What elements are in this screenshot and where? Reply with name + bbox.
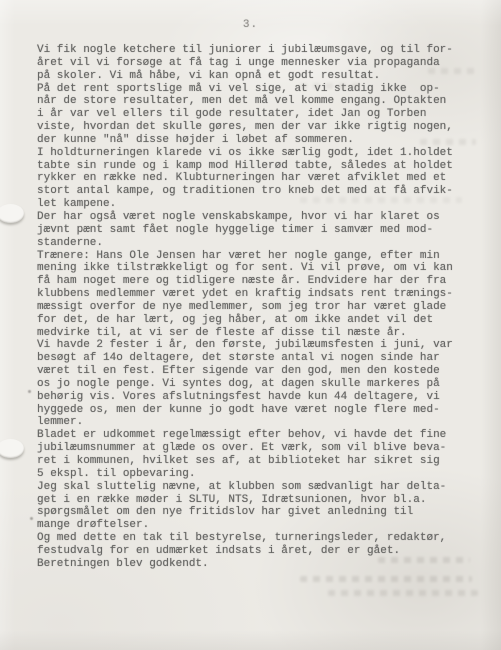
text-line: standerne. — [37, 237, 487, 250]
text-line: festudvalg for en udmærket indsats i åre… — [37, 545, 487, 558]
text-line: i år var vel ellers til gode resultater,… — [37, 108, 487, 121]
text-line: været til en fest. Efter sigende var den… — [37, 365, 487, 378]
text-line: besøgt af 14o deltagere, det største ant… — [37, 352, 487, 365]
text-line: lemmer. — [37, 416, 487, 429]
text-line: på skoler. Vi må håbe, vi kan opnå et go… — [37, 70, 487, 83]
text-line: for det, de har lært, og jeg håber, at o… — [37, 314, 487, 327]
bleed-through-artifact — [378, 557, 470, 563]
ink-speck-artifact — [30, 517, 33, 520]
text-line: rykker en række ned. Klubturneringen har… — [37, 172, 487, 185]
text-line: mange drøftelser. — [37, 519, 487, 532]
bleed-through-artifact — [300, 197, 462, 203]
bleed-through-artifact — [428, 68, 478, 74]
bleed-through-artifact — [328, 590, 478, 596]
scanned-page: 3. Vi fik nogle ketchere til juniorer i … — [0, 0, 501, 650]
text-line: Jeg skal sluttelig nævne, at klubben som… — [37, 481, 487, 494]
page-number: 3. — [0, 19, 501, 31]
text-line: når de store resultater, men det må vel … — [37, 95, 487, 108]
text-line: Vi fik nogle ketchere til juniorer i jub… — [37, 44, 487, 57]
text-line: Og med dette en tak til bestyrelse, turn… — [37, 532, 487, 545]
text-line: viste, hvordan det skulle gøres, men der… — [37, 121, 487, 134]
text-line: I holdturneringen klarede vi os ikke sær… — [37, 147, 487, 160]
text-line: Bladet er udkommet regelmæssigt efter be… — [37, 429, 487, 442]
text-line: jubilæumsnummer at glæde os over. Et vær… — [37, 442, 487, 455]
text-line: Der har også været nogle venskabskampe, … — [37, 211, 487, 224]
hole-punch-top — [0, 204, 24, 223]
text-line: get i en række møder i SLTU, NTS, Idræts… — [37, 494, 487, 507]
text-line: medvirke til, at vi ser de fleste af dis… — [37, 327, 487, 340]
text-line: få ham noget mere og tidligere næste år.… — [37, 275, 487, 288]
text-line: behørig vis. Vores afslutningsfest havde… — [37, 391, 487, 404]
text-line: klubbens medlemmer været ydet en kraftig… — [37, 288, 487, 301]
text-line: jævnt pænt samt fået nogle hyggelige tim… — [37, 224, 487, 237]
ink-speck-artifact — [28, 390, 31, 393]
text-line: mæssigt overfor de nye medlemmer, som je… — [37, 301, 487, 314]
bleed-through-artifact — [300, 83, 364, 89]
text-line: hyggede os, men der kunne jo godt have v… — [37, 404, 487, 417]
text-line: Vi havde 2 fester i år, den første, jubi… — [37, 339, 487, 352]
hole-punch-bottom — [0, 439, 24, 458]
document-text: Vi fik nogle ketchere til juniorer i jub… — [37, 44, 487, 571]
text-line: 5 ekspl. til opbevaring. — [37, 468, 487, 481]
text-line: os jo nogle penge. Vi syntes dog, at dag… — [37, 378, 487, 391]
bleed-through-artifact — [420, 139, 476, 145]
text-line: året vil vi forsøge at få tag i unge men… — [37, 57, 487, 70]
text-line: tabte sin runde og i kamp mod Hillerød t… — [37, 160, 487, 173]
bleed-through-artifact — [300, 576, 472, 582]
text-line: Trænere: Hans Ole Jensen har været her n… — [37, 250, 487, 263]
text-line: spørgsmålet om den nye fritidslov har gi… — [37, 506, 487, 519]
text-line: mening ikke tilstrækkeligt og for sent. … — [37, 262, 487, 275]
text-line: På det rent sportslige må vi vel sige, a… — [37, 83, 487, 96]
text-line: ret i kommunen, hvilket ses af, at bibli… — [37, 455, 487, 468]
